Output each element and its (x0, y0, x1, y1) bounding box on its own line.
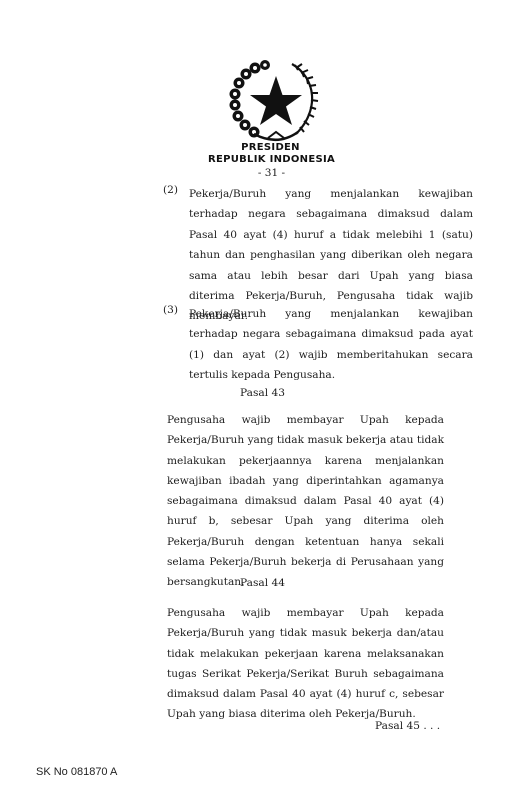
header-republic: REPUBLIK INDONESIA (10, 154, 523, 165)
article-heading-43: Pasal 43 (240, 387, 285, 399)
clause-number: (3) (163, 304, 187, 316)
clause-number: (2) (163, 184, 187, 196)
next-page-catchword: Pasal 45 . . . (375, 720, 440, 732)
article-heading-44: Pasal 44 (240, 577, 285, 589)
clause-text: Pekerja/Buruh yang menjalankan kewajiban… (189, 304, 473, 386)
page-number: - 31 - (10, 167, 523, 179)
document-page: PRESIDEN REPUBLIK INDONESIA - 31 - (2) P… (0, 0, 523, 800)
article-text-43: Pengusaha wajib membayar Upah kepada Pek… (167, 410, 444, 593)
header-president: PRESIDEN (9, 142, 523, 153)
article-text-44: Pengusaha wajib membayar Upah kepada Pek… (167, 603, 444, 725)
garuda-star-emblem-icon (224, 58, 328, 144)
document-serial-number: SK No 081870 A (36, 766, 117, 778)
